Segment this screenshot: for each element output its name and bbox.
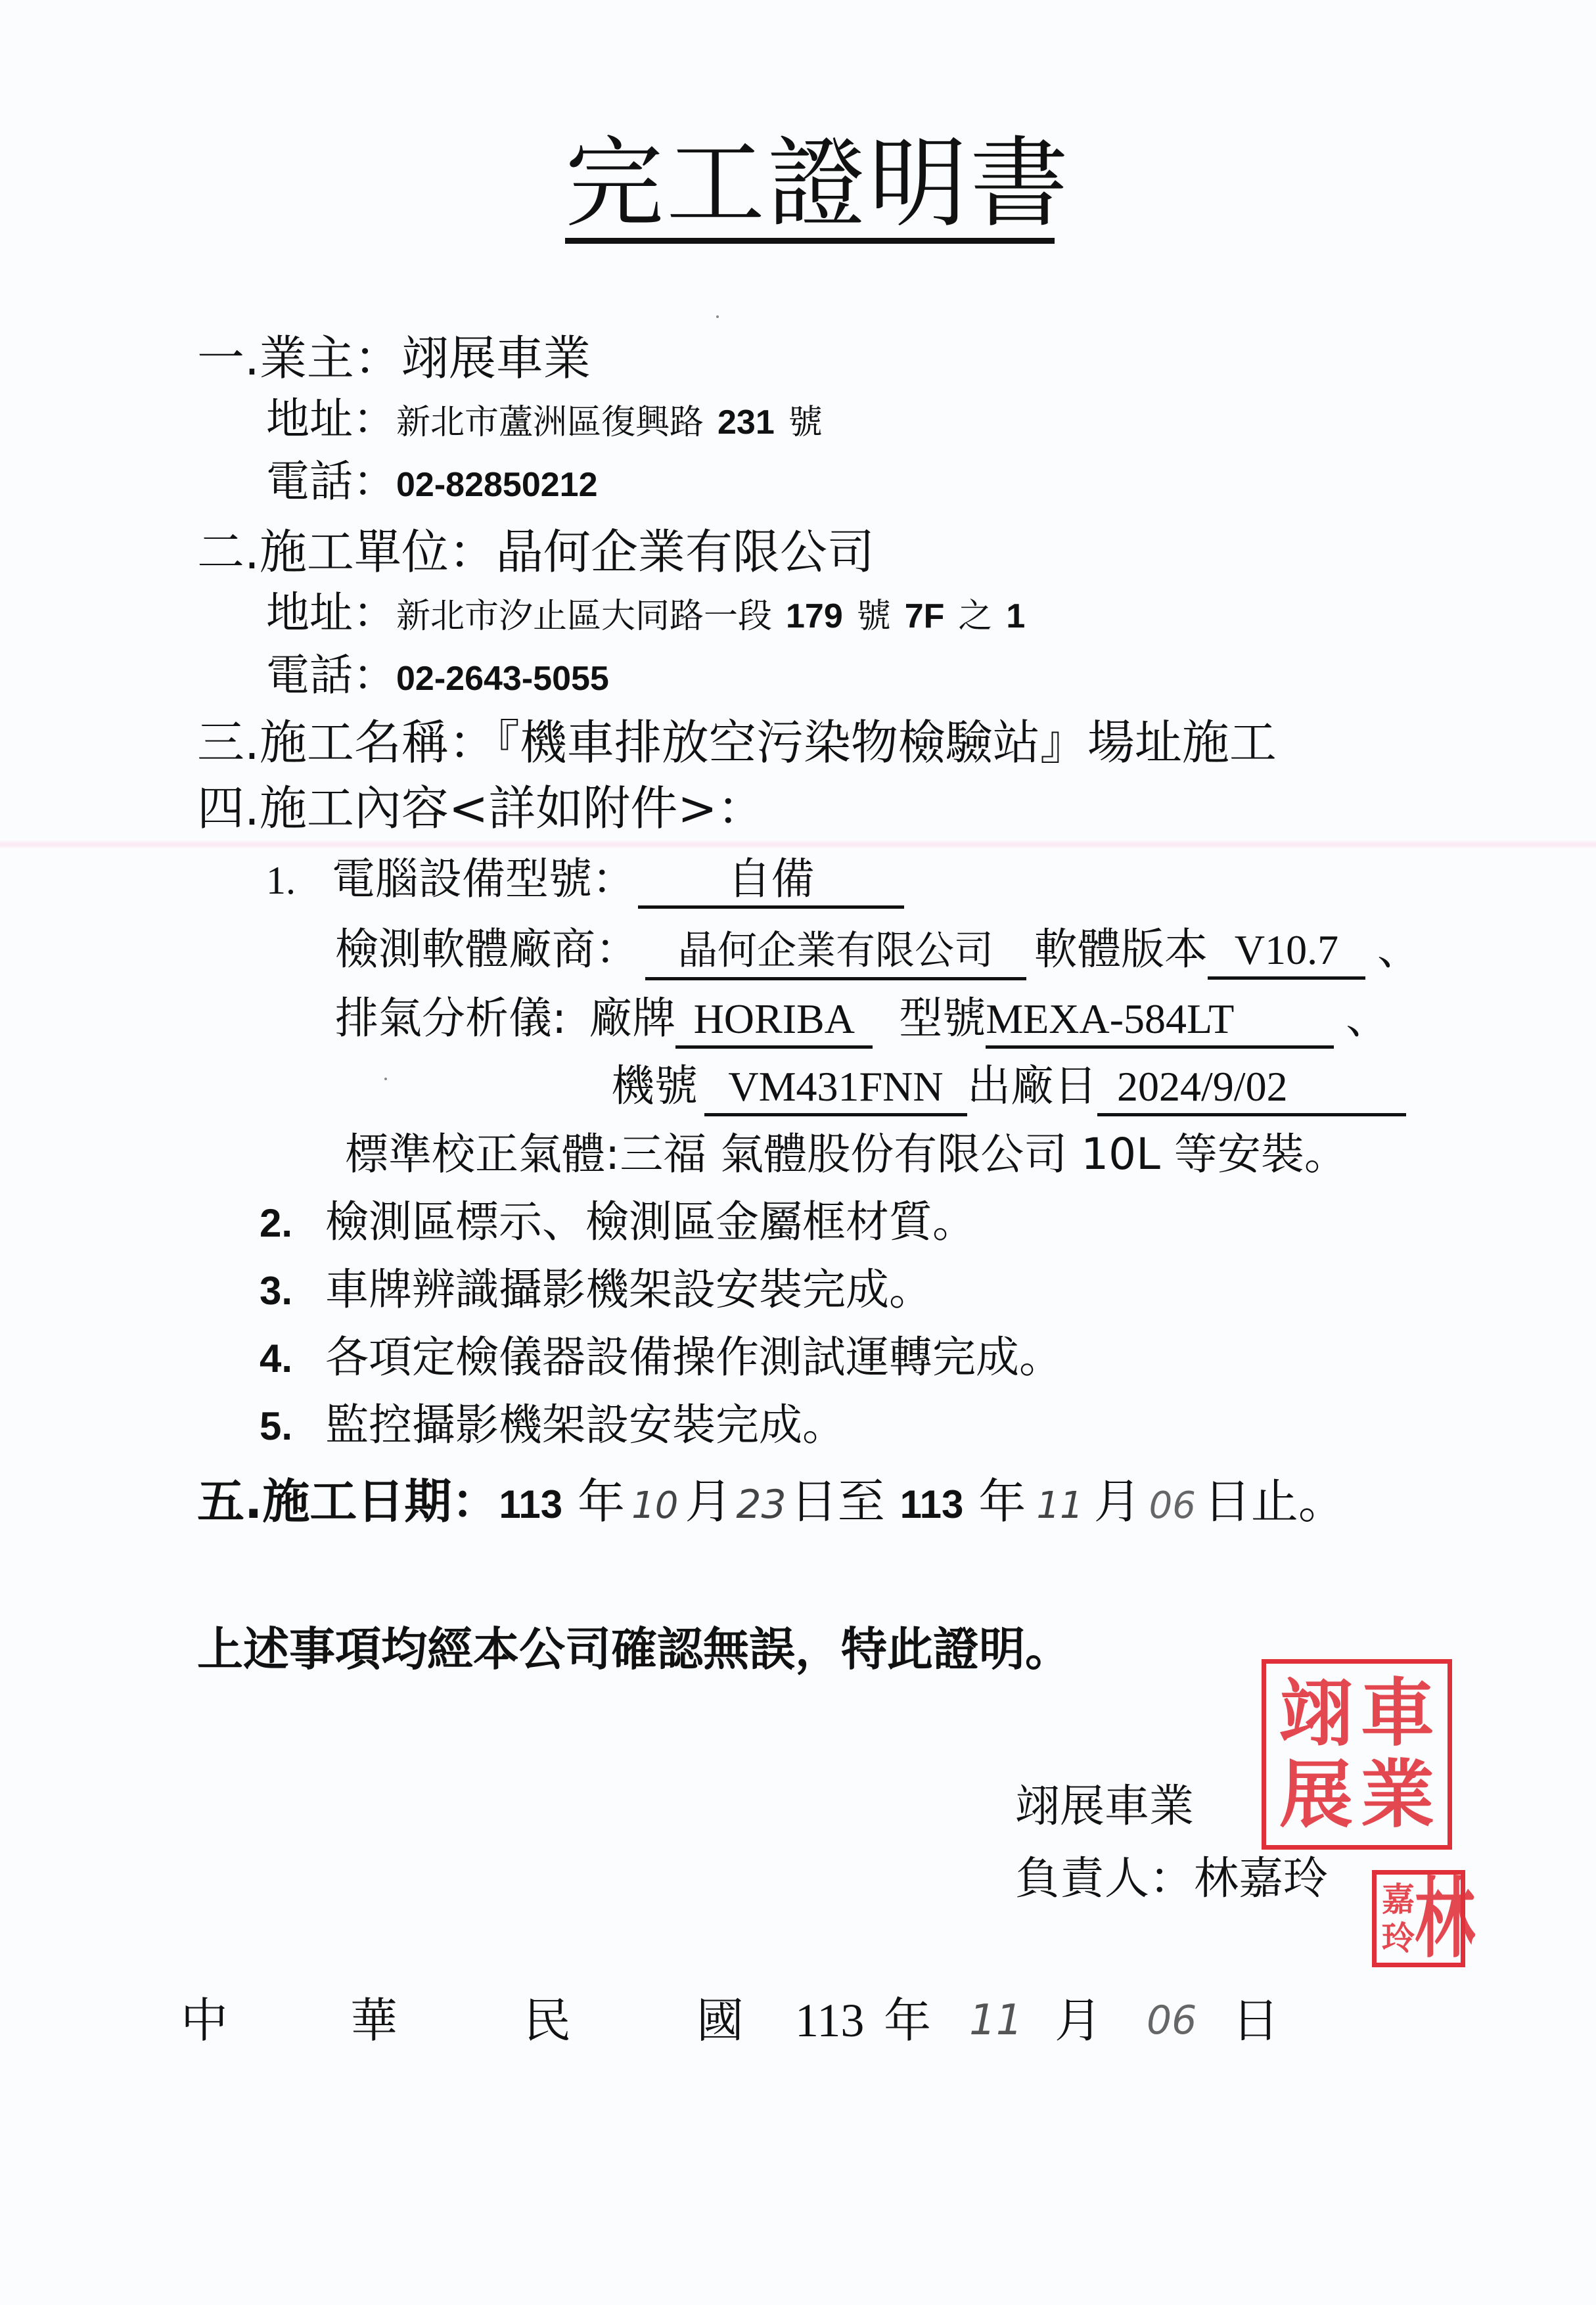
owner-name: 翊展車業 bbox=[401, 331, 591, 386]
responsible-name: 林嘉玲 bbox=[1194, 1853, 1328, 1905]
start-month: 10 bbox=[631, 1484, 678, 1527]
work-dates-label: 五.施工日期： bbox=[197, 1474, 499, 1529]
item-number: 4. bbox=[260, 1329, 325, 1388]
seal-char: 展 bbox=[1275, 1754, 1357, 1836]
serial-label: 機號 bbox=[611, 1061, 698, 1111]
era-char: 國 bbox=[696, 1988, 744, 2053]
software-version-label: 軟體版本 bbox=[1034, 924, 1208, 974]
contractor-address-label: 地址： bbox=[266, 587, 396, 638]
signature-company: 翊展車業 bbox=[1015, 1777, 1194, 1837]
seal-char: 嘉 bbox=[1382, 1880, 1415, 1919]
start-year-unit: 年 bbox=[578, 1474, 625, 1529]
project-name: 『機車排放空污染物檢驗站』場址施工 bbox=[496, 715, 1277, 770]
software-row: 檢測軟體廠商：晶何企業有限公司軟體版本V10.7、 bbox=[335, 920, 1421, 980]
contractor-address-of: 之 bbox=[958, 597, 992, 636]
item-1-number: 1. bbox=[266, 851, 332, 910]
owner-phone: 02-82850212 bbox=[396, 466, 598, 504]
owner-address: 新北市蘆洲區復興路 bbox=[396, 403, 704, 442]
contractor-phone-label: 電話： bbox=[266, 650, 396, 700]
serial-row: 機號VM431FNN出廠日2024/9/02 bbox=[611, 1057, 1406, 1116]
era-char: 中 bbox=[181, 1988, 228, 2053]
owner-phone-label: 電話： bbox=[266, 456, 396, 507]
end-year: 113 bbox=[900, 1482, 964, 1526]
contractor-label: 二.施工單位： bbox=[197, 524, 496, 580]
end-month-unit: 月 bbox=[1094, 1474, 1141, 1529]
start-year: 113 bbox=[499, 1482, 562, 1526]
project-name-label: 三.施工名稱： bbox=[197, 715, 496, 770]
scan-speck bbox=[716, 315, 719, 318]
scan-speck bbox=[384, 1078, 387, 1080]
owner-address-suffix: 號 bbox=[788, 403, 823, 442]
start-day: 23 bbox=[736, 1482, 786, 1528]
analyzer-label: 排氣分析儀: bbox=[335, 993, 566, 1043]
analyzer-row: 排氣分析儀:廠牌HORIBA型號MEXA-584LT、 bbox=[335, 989, 1389, 1049]
section-project-name: 三.施工名稱：『機車排放空污染物檢驗站』場址施工 bbox=[197, 713, 1277, 772]
responsible-label: 負責人： bbox=[1015, 1853, 1194, 1905]
item-text: 車牌辨識攝影機架設安裝完成。 bbox=[325, 1264, 932, 1315]
list-item: 4.各項定檢儀器設備操作測試運轉完成。 bbox=[260, 1328, 1062, 1388]
page-title: 完工證明書 bbox=[565, 131, 1055, 244]
contractor-address-mid: 號 bbox=[857, 597, 891, 636]
contractor-name: 晶何企業有限公司 bbox=[496, 524, 875, 580]
item-text: 檢測區標示、檢測區金屬框材質。 bbox=[325, 1197, 976, 1247]
era-char: 華 bbox=[350, 1988, 398, 2053]
computer-value: 自備 bbox=[638, 853, 904, 909]
footer-month-unit: 月 bbox=[1055, 1988, 1102, 2053]
era-char: 民 bbox=[524, 1988, 571, 2053]
footer-year: 113 bbox=[795, 1988, 864, 2053]
scan-artifact-band bbox=[0, 840, 1596, 849]
brand-label: 廠牌 bbox=[589, 993, 675, 1043]
owner-address-label: 地址： bbox=[266, 394, 396, 444]
owner-address-number: 231 bbox=[718, 403, 775, 442]
seal-char: 業 bbox=[1357, 1754, 1438, 1836]
footer-year-unit: 年 bbox=[884, 1988, 931, 2053]
seal-char: 車 bbox=[1357, 1673, 1438, 1754]
end-day: 06 bbox=[1149, 1484, 1196, 1527]
end-day-suffix: 日止。 bbox=[1204, 1474, 1346, 1529]
software-vendor-value: 晶何企業有限公司 bbox=[645, 924, 1026, 980]
start-month-unit: 月 bbox=[685, 1474, 732, 1529]
seal-char: 翊 bbox=[1275, 1673, 1357, 1754]
section-work-dates: 五.施工日期：113 年10月23日至 113 年11月06日止。 bbox=[197, 1472, 1346, 1536]
end-year-unit: 年 bbox=[978, 1474, 1026, 1529]
contractor-address-row: 地址：新北市汐止區大同路一段 179 號 7F 之 1 bbox=[266, 585, 1025, 645]
section-contractor: 二.施工單位：晶何企業有限公司 bbox=[197, 522, 875, 582]
section-work-content: 四.施工內容<詳如附件>： bbox=[197, 779, 765, 838]
contractor-phone-row: 電話：02-2643-5055 bbox=[266, 647, 609, 707]
item-number: 5. bbox=[260, 1397, 325, 1456]
footer-day-unit: 日 bbox=[1232, 1988, 1279, 2053]
separator: 、 bbox=[1377, 924, 1421, 974]
company-seal-stamp: 翊 車 展 業 bbox=[1262, 1659, 1452, 1850]
contractor-address-number: 179 bbox=[786, 597, 843, 635]
list-item: 3.車牌辨識攝影機架設安裝完成。 bbox=[260, 1260, 932, 1321]
model-label: 型號 bbox=[899, 993, 986, 1043]
section-owner: 一.業主：翊展車業 bbox=[197, 329, 591, 388]
footer-month: 11 bbox=[969, 1988, 1022, 2053]
signature-responsible-row: 負責人：林嘉玲 bbox=[1015, 1850, 1328, 1909]
seal-char: 林 bbox=[1415, 1862, 1475, 1974]
mfg-date-value: 2024/9/02 bbox=[1097, 1061, 1406, 1116]
seal-char: 玲 bbox=[1382, 1919, 1415, 1957]
computer-label: 電腦設備型號： bbox=[332, 854, 635, 904]
personal-seal-stamp: 嘉 林 玲 bbox=[1372, 1870, 1465, 1967]
contractor-address-unit: 1 bbox=[1006, 597, 1025, 635]
item-number: 2. bbox=[260, 1194, 325, 1253]
owner-address-row: 地址：新北市蘆洲區復興路 231 號 bbox=[266, 391, 823, 451]
contractor-address-floor: 7F bbox=[905, 597, 945, 635]
list-item: 2.檢測區標示、檢測區金屬框材質。 bbox=[260, 1193, 976, 1253]
item-1-computer-row: 1.電腦設備型號：自備 bbox=[266, 850, 904, 910]
item-number: 3. bbox=[260, 1262, 325, 1321]
calibration-gas-row: 標準校正氣體:三福 氣體股份有限公司 10L 等安裝。 bbox=[345, 1125, 1348, 1184]
software-vendor-label: 檢測軟體廠商： bbox=[335, 924, 639, 974]
model-value: MEXA-584LT bbox=[986, 993, 1334, 1049]
owner-phone-row: 電話：02-82850212 bbox=[266, 453, 598, 513]
contractor-address: 新北市汐止區大同路一段 bbox=[396, 597, 772, 636]
software-version-value: V10.7 bbox=[1208, 924, 1365, 980]
list-item: 5.監控攝影機架設安裝完成。 bbox=[260, 1396, 846, 1456]
separator-2: 、 bbox=[1346, 993, 1389, 1043]
footer-day: 06 bbox=[1147, 1988, 1197, 2053]
item-text: 監控攝影機架設安裝完成。 bbox=[325, 1400, 846, 1450]
mfg-date-label: 出廠日 bbox=[967, 1061, 1097, 1111]
serial-value: VM431FNN bbox=[704, 1061, 967, 1116]
item-text: 各項定檢儀器設備操作測試運轉完成。 bbox=[325, 1332, 1062, 1382]
brand-value: HORIBA bbox=[675, 993, 873, 1049]
start-day-to: 日至 bbox=[790, 1474, 885, 1529]
owner-label: 一.業主： bbox=[197, 331, 401, 386]
end-month: 11 bbox=[1036, 1484, 1083, 1527]
certification-statement: 上述事項均經本公司確認無誤，特此證明。 bbox=[197, 1620, 1071, 1679]
contractor-phone: 02-2643-5055 bbox=[396, 660, 609, 698]
